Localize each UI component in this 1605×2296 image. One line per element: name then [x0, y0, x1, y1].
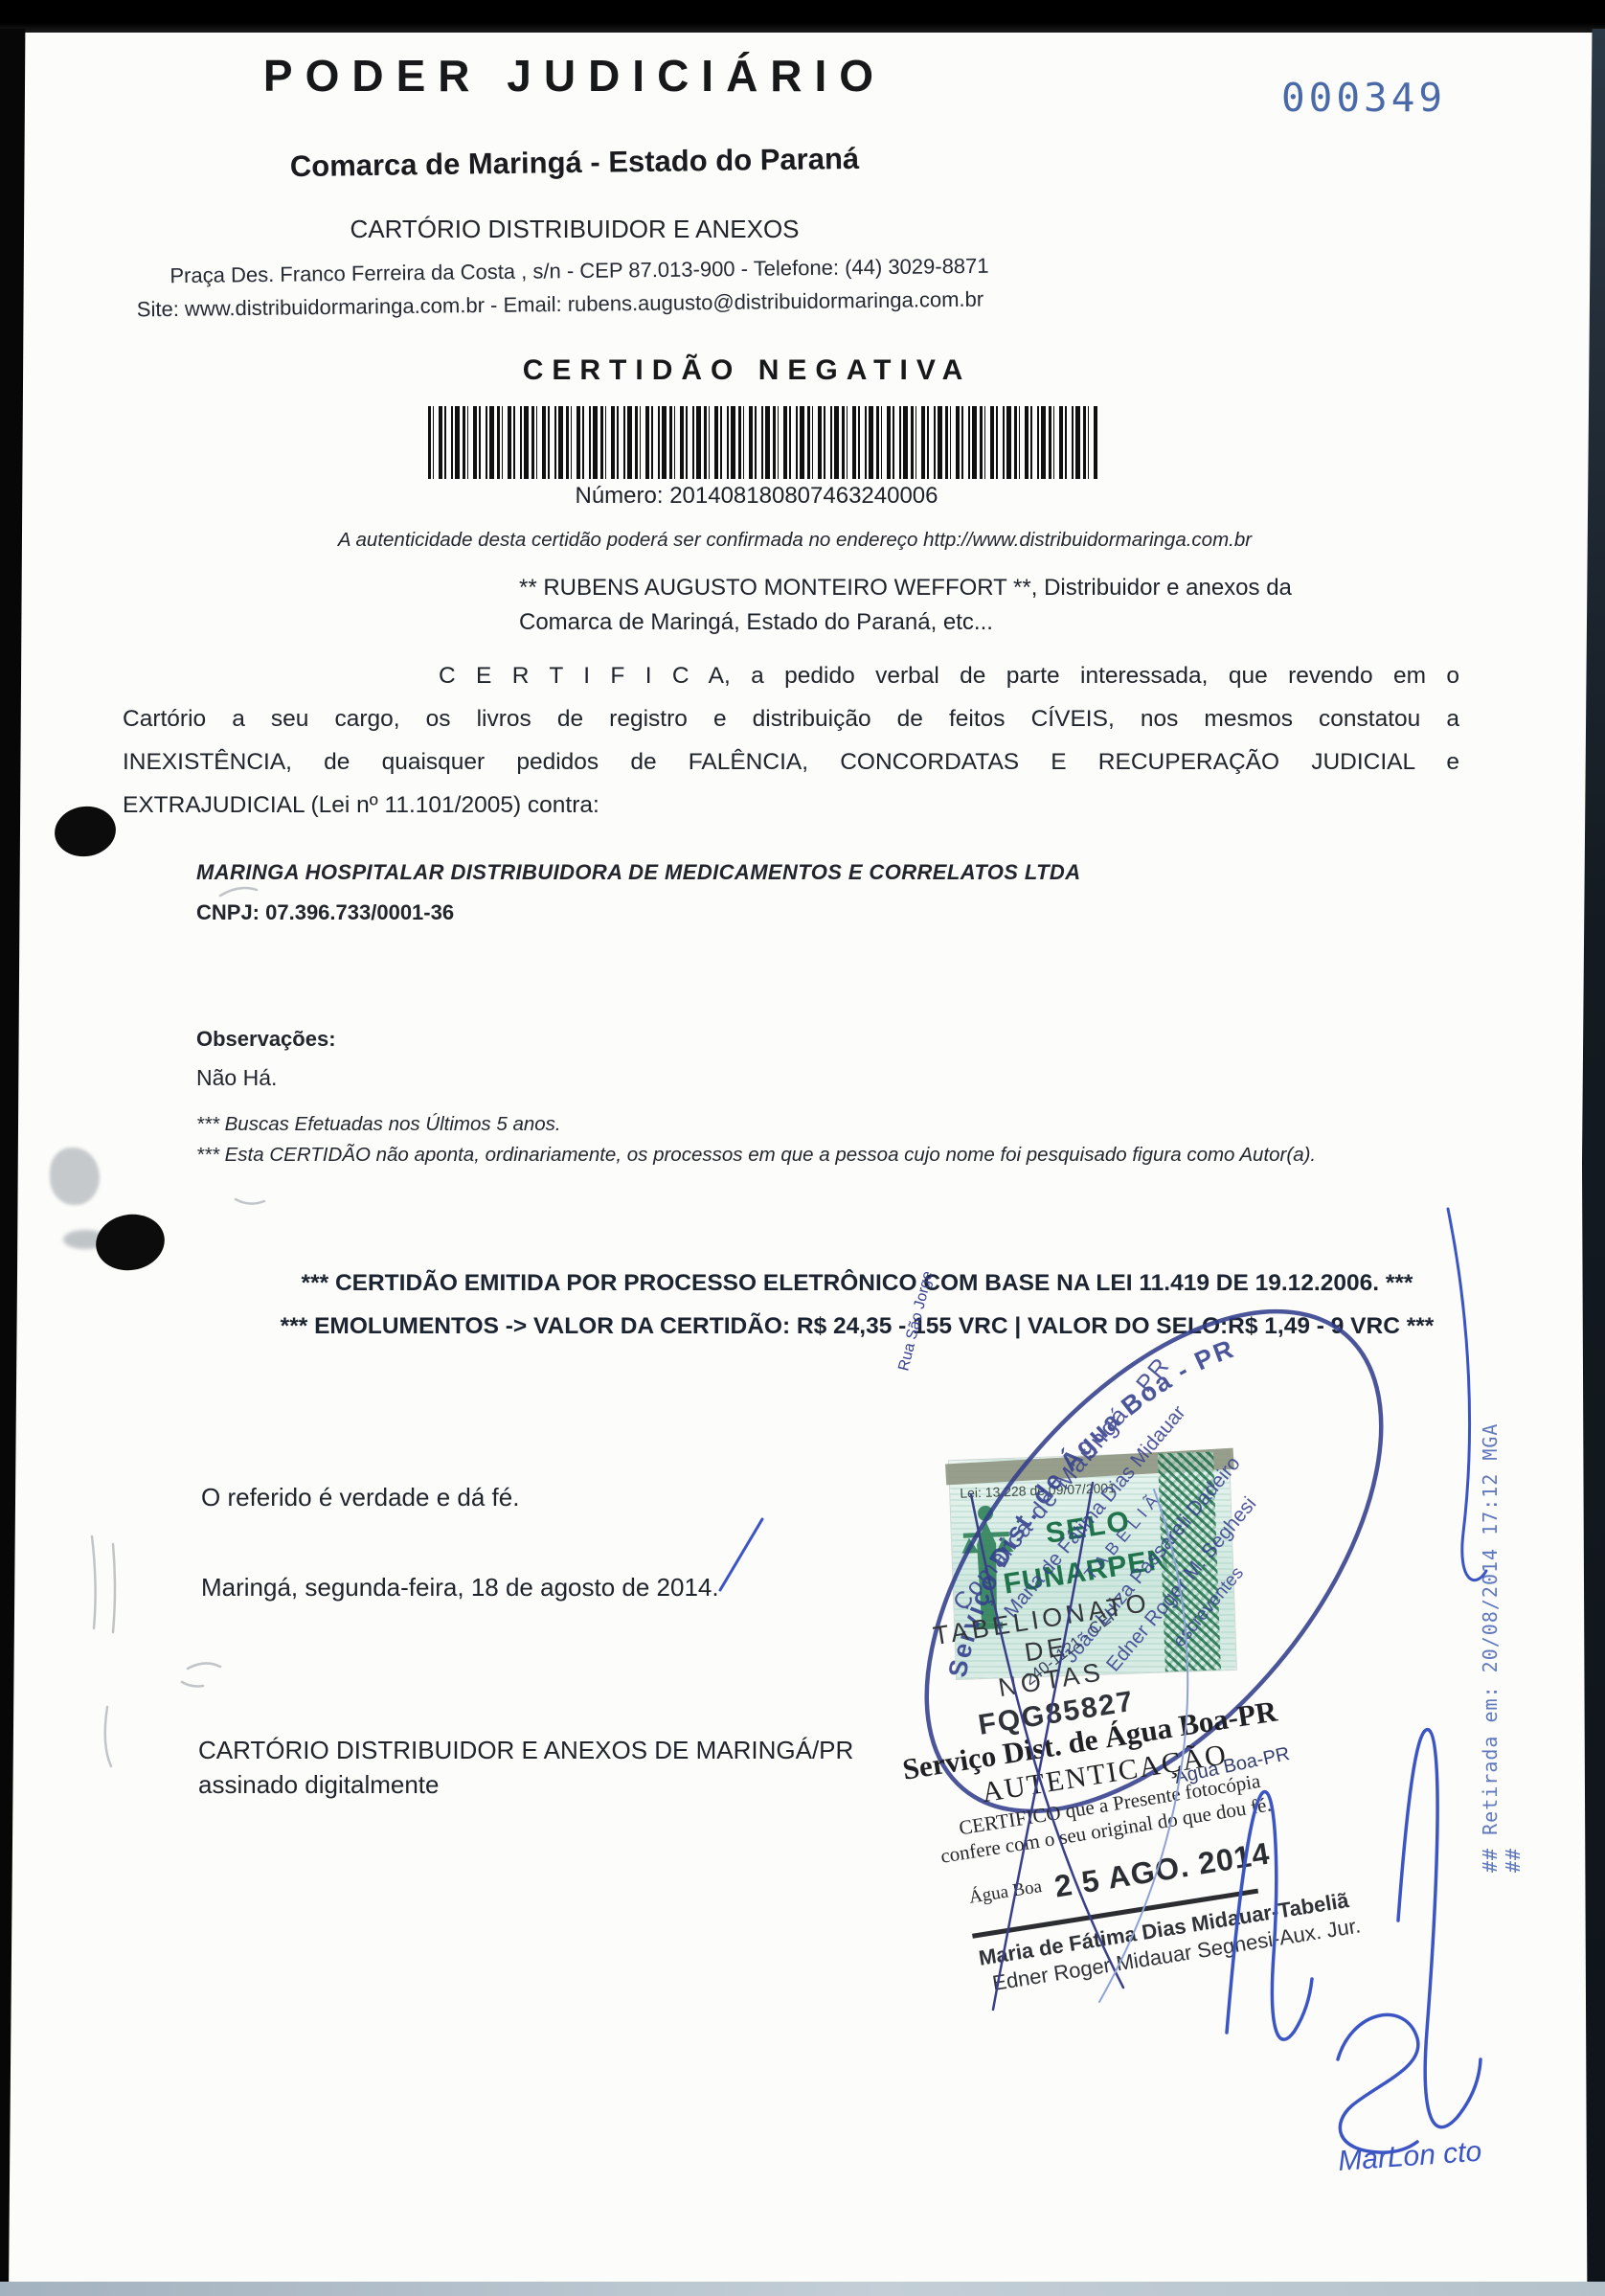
scan-edge-bottom: [0, 2282, 1605, 2296]
office-contact: Site: www.distribuidormaringa.com.br - E…: [10, 285, 1111, 324]
auth-divider-line: [972, 1889, 1258, 1939]
barcode: [428, 406, 1098, 479]
issuer-line-1: ** RUBENS AUGUSTO MONTEIRO WEFFORT **, D…: [519, 575, 1438, 602]
machine-margin-note: ## Retirada em: 20/08/2014 17:12 MGA ##: [1479, 1394, 1525, 1873]
handwritten-initials: MarLon cto: [1337, 2136, 1482, 2177]
court-subtitle: Comarca de Maringá - Estado do Paraná: [153, 140, 996, 186]
observations-value: Não Há.: [196, 1065, 277, 1091]
registry-office-name: CARTÓRIO DISTRIBUIDOR E ANEXOS: [153, 215, 996, 244]
certificate-number: Número: 201408180807463240006: [287, 483, 1226, 510]
search-note-1: *** Buscas Efetuadas nos Últimos 5 anos.: [196, 1113, 561, 1136]
oval-stamp-city-text: Água Boa-PR: [1172, 1742, 1291, 1788]
pencil-smudge: [50, 1148, 100, 1205]
issue-date-line: Maringá, segunda-feira, 18 de agosto de …: [201, 1573, 719, 1603]
seal-law-line: Lei: 13.228 de 09/07/2001: [960, 1480, 1116, 1501]
subject-company-name: MARINGA HOSPITALAR DISTRIBUIDORA DE MEDI…: [196, 860, 1081, 885]
seal-word-selo: SELO: [1044, 1505, 1134, 1551]
ink-dot: [92, 1209, 170, 1276]
auth-date-stamp: 2 5 AGO. 2014: [1052, 1835, 1273, 1903]
fees-line: *** EMOLUMENTOS -> VALOR DA CERTIDÃO: R$…: [192, 1313, 1523, 1340]
scanned-certificate-page: PODER JUDICIÁRIO 000349 Comarca de Marin…: [0, 0, 1605, 2296]
auth-title: AUTENTICAÇÃO: [980, 1739, 1230, 1808]
scan-edge-left: [0, 29, 29, 2296]
court-title: PODER JUDICIÁRIO: [153, 50, 996, 102]
subject-cnpj: CNPJ: 07.396.733/0001-36: [196, 900, 454, 925]
issuer-line-2: Comarca de Maringá, Estado do Paraná, et…: [519, 609, 1438, 636]
pen-signatures: [720, 1209, 1486, 2152]
auth-body-line: CERTIFICO que a Presente fotocópia: [958, 1769, 1263, 1840]
auth-seal-code: FQG85827: [976, 1686, 1137, 1741]
auth-service-line: Serviço Dist. de Água Boa-PR: [900, 1694, 1279, 1785]
certificate-title: CERTIDÃO NEGATIVA: [287, 354, 1207, 387]
page-stamp-number: 000349: [1281, 75, 1446, 121]
digital-signature-line-2: assinado digitalmente: [198, 1770, 440, 1800]
certify-line-4: EXTRAJUDICIAL (Lei nº 11.101/2005) contr…: [123, 792, 1459, 819]
authenticity-note: A autenticidade desta certidão poderá se…: [115, 529, 1475, 552]
funarpen-security-seal: Lei: 13.228 de 09/07/2001 SELO FUNARPEN: [949, 1451, 1236, 1679]
seal-word-funarpen: FUNARPEN: [1002, 1543, 1172, 1602]
emission-line: *** CERTIDÃO EMITIDA POR PROCESSO ELETRÔ…: [192, 1270, 1523, 1297]
office-address: Praça Des. Franco Ferreira da Costa , s/…: [29, 252, 1130, 290]
scan-edge-top: [0, 0, 1605, 33]
digital-signature-line-1: CARTÓRIO DISTRIBUIDOR E ANEXOS DE MARING…: [198, 1736, 853, 1765]
auth-place: Água Boa: [967, 1875, 1044, 1908]
certify-line-3: INEXISTÊNCIA, de quaisquer pedidos de FA…: [123, 749, 1459, 776]
ink-dot: [52, 803, 120, 860]
scan-edge-right: [1576, 29, 1605, 2296]
auth-notary-name: Maria de Fátima Dias Midauar-Tabeliã: [977, 1888, 1351, 1970]
auth-clerk-name: Edner Roger Midauar Seghesi-Aux. Jur.: [990, 1913, 1362, 1995]
certify-line-1: C E R T I F I C A, a pedido verbal de pa…: [123, 663, 1459, 690]
certify-line-2: Cartório a seu cargo, os livros de regis…: [123, 706, 1459, 733]
seal-guilloche-column: [1158, 1452, 1221, 1672]
observations-label: Observações:: [196, 1027, 336, 1052]
auth-body-line: confere com o seu original do que dou fé…: [938, 1792, 1273, 1867]
search-note-2: *** Esta CERTIDÃO não aponta, ordinariam…: [196, 1144, 1316, 1167]
closing-statement: O referido é verdade e dá fé.: [201, 1483, 519, 1512]
